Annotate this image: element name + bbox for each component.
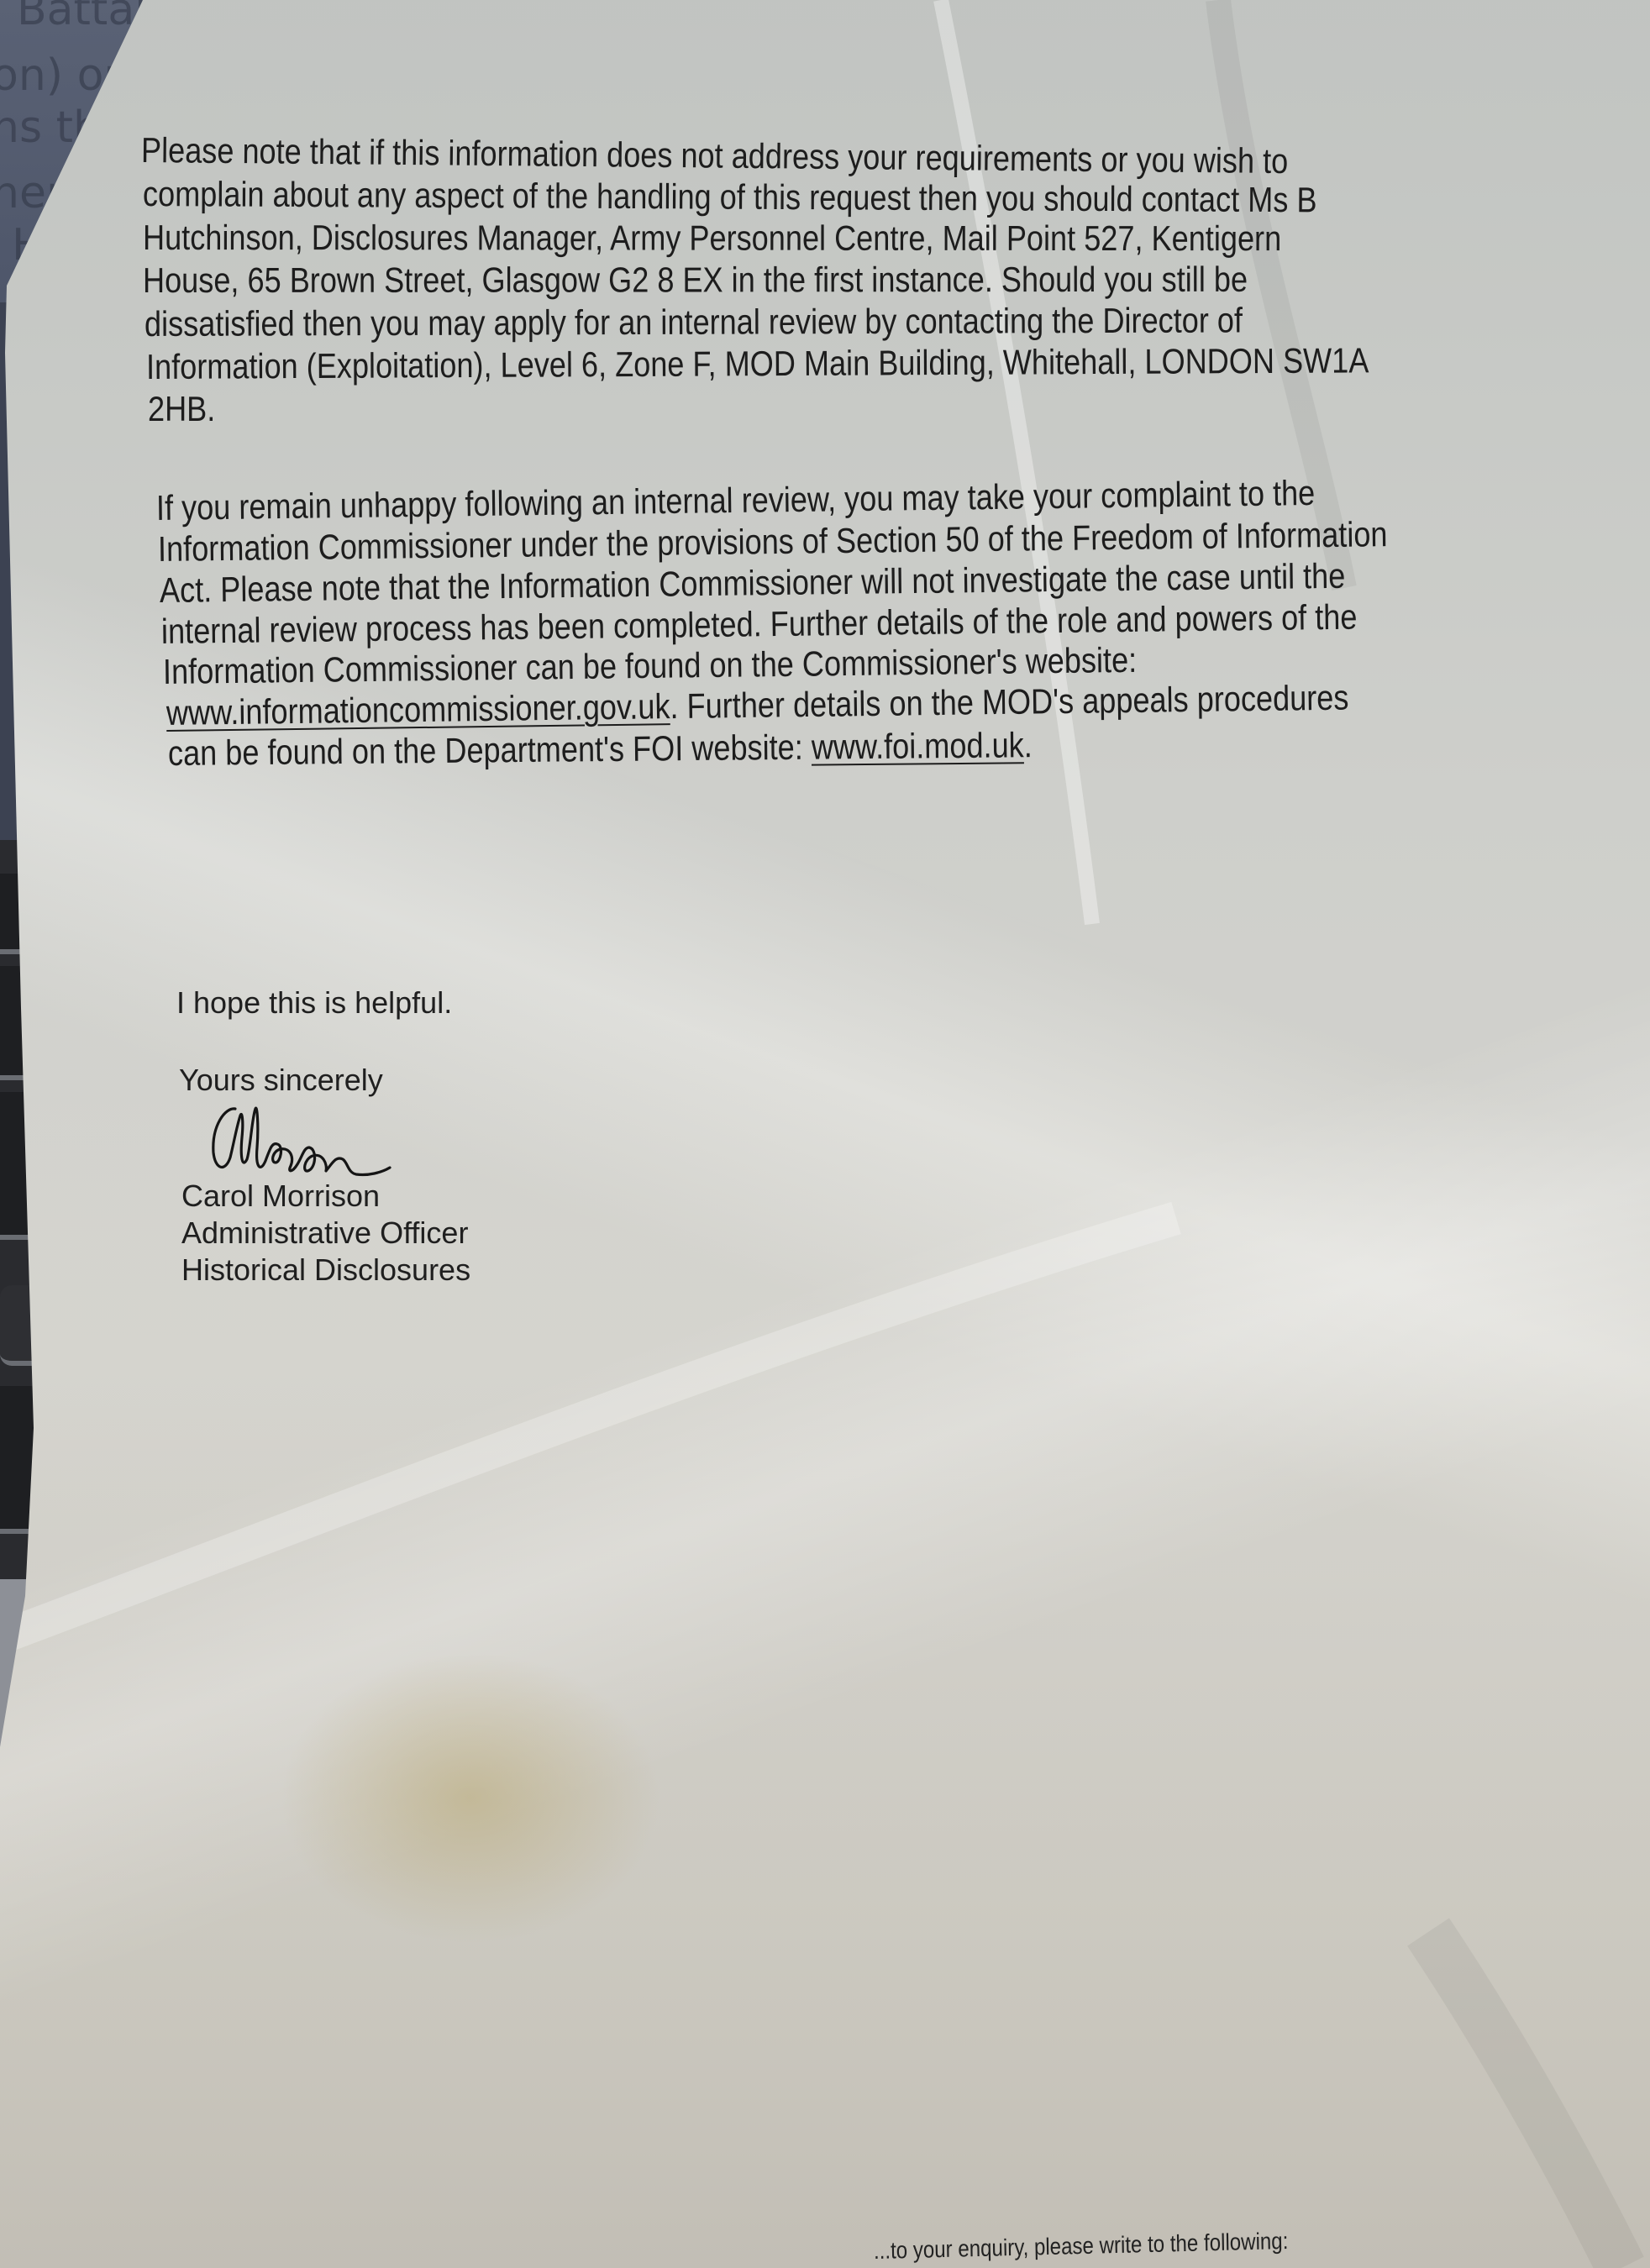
keyboard-key: [0, 1285, 34, 1366]
text-segment: . Further details on the MOD's appeals p…: [670, 678, 1349, 727]
text-line: can be found on the Department's FOI web…: [168, 727, 1033, 771]
text-line: Information (Exploitation), Level 6, Zon…: [146, 343, 1369, 385]
partial-text-line: ...to your enquiry, please write to the …: [874, 2228, 1289, 2265]
keyboard-key: [0, 1386, 34, 1534]
text-line: complain about any aspect of the handlin…: [143, 176, 1317, 218]
signatory-title: Administrative Officer: [181, 1218, 468, 1248]
signatory-department: Historical Disclosures: [181, 1255, 470, 1285]
link-information-commissioner[interactable]: www.informationcommissioner.gov.uk: [166, 686, 670, 732]
text-line: dissatisfied then you may apply for an i…: [145, 302, 1243, 342]
text-line: House, 65 Brown Street, Glasgow G2 8 EX …: [143, 262, 1248, 298]
closing-remark: I hope this is helpful.: [176, 988, 452, 1018]
signature-icon: [200, 1092, 402, 1184]
text-line: 2HB.: [148, 391, 215, 427]
text-segment: can be found on the Department's FOI web…: [168, 727, 812, 773]
signatory-name: Carol Morrison: [181, 1181, 380, 1211]
sign-off: Yours sincerely: [179, 1065, 383, 1095]
text-line: Please note that if this information doe…: [141, 133, 1289, 179]
text-line: Hutchinson, Disclosures Manager, Army Pe…: [143, 220, 1281, 256]
letter-page: Please note that if this information doe…: [0, 0, 1650, 2268]
link-foi-mod[interactable]: www.foi.mod.uk: [812, 725, 1024, 766]
text-segment: .: [1024, 725, 1033, 764]
